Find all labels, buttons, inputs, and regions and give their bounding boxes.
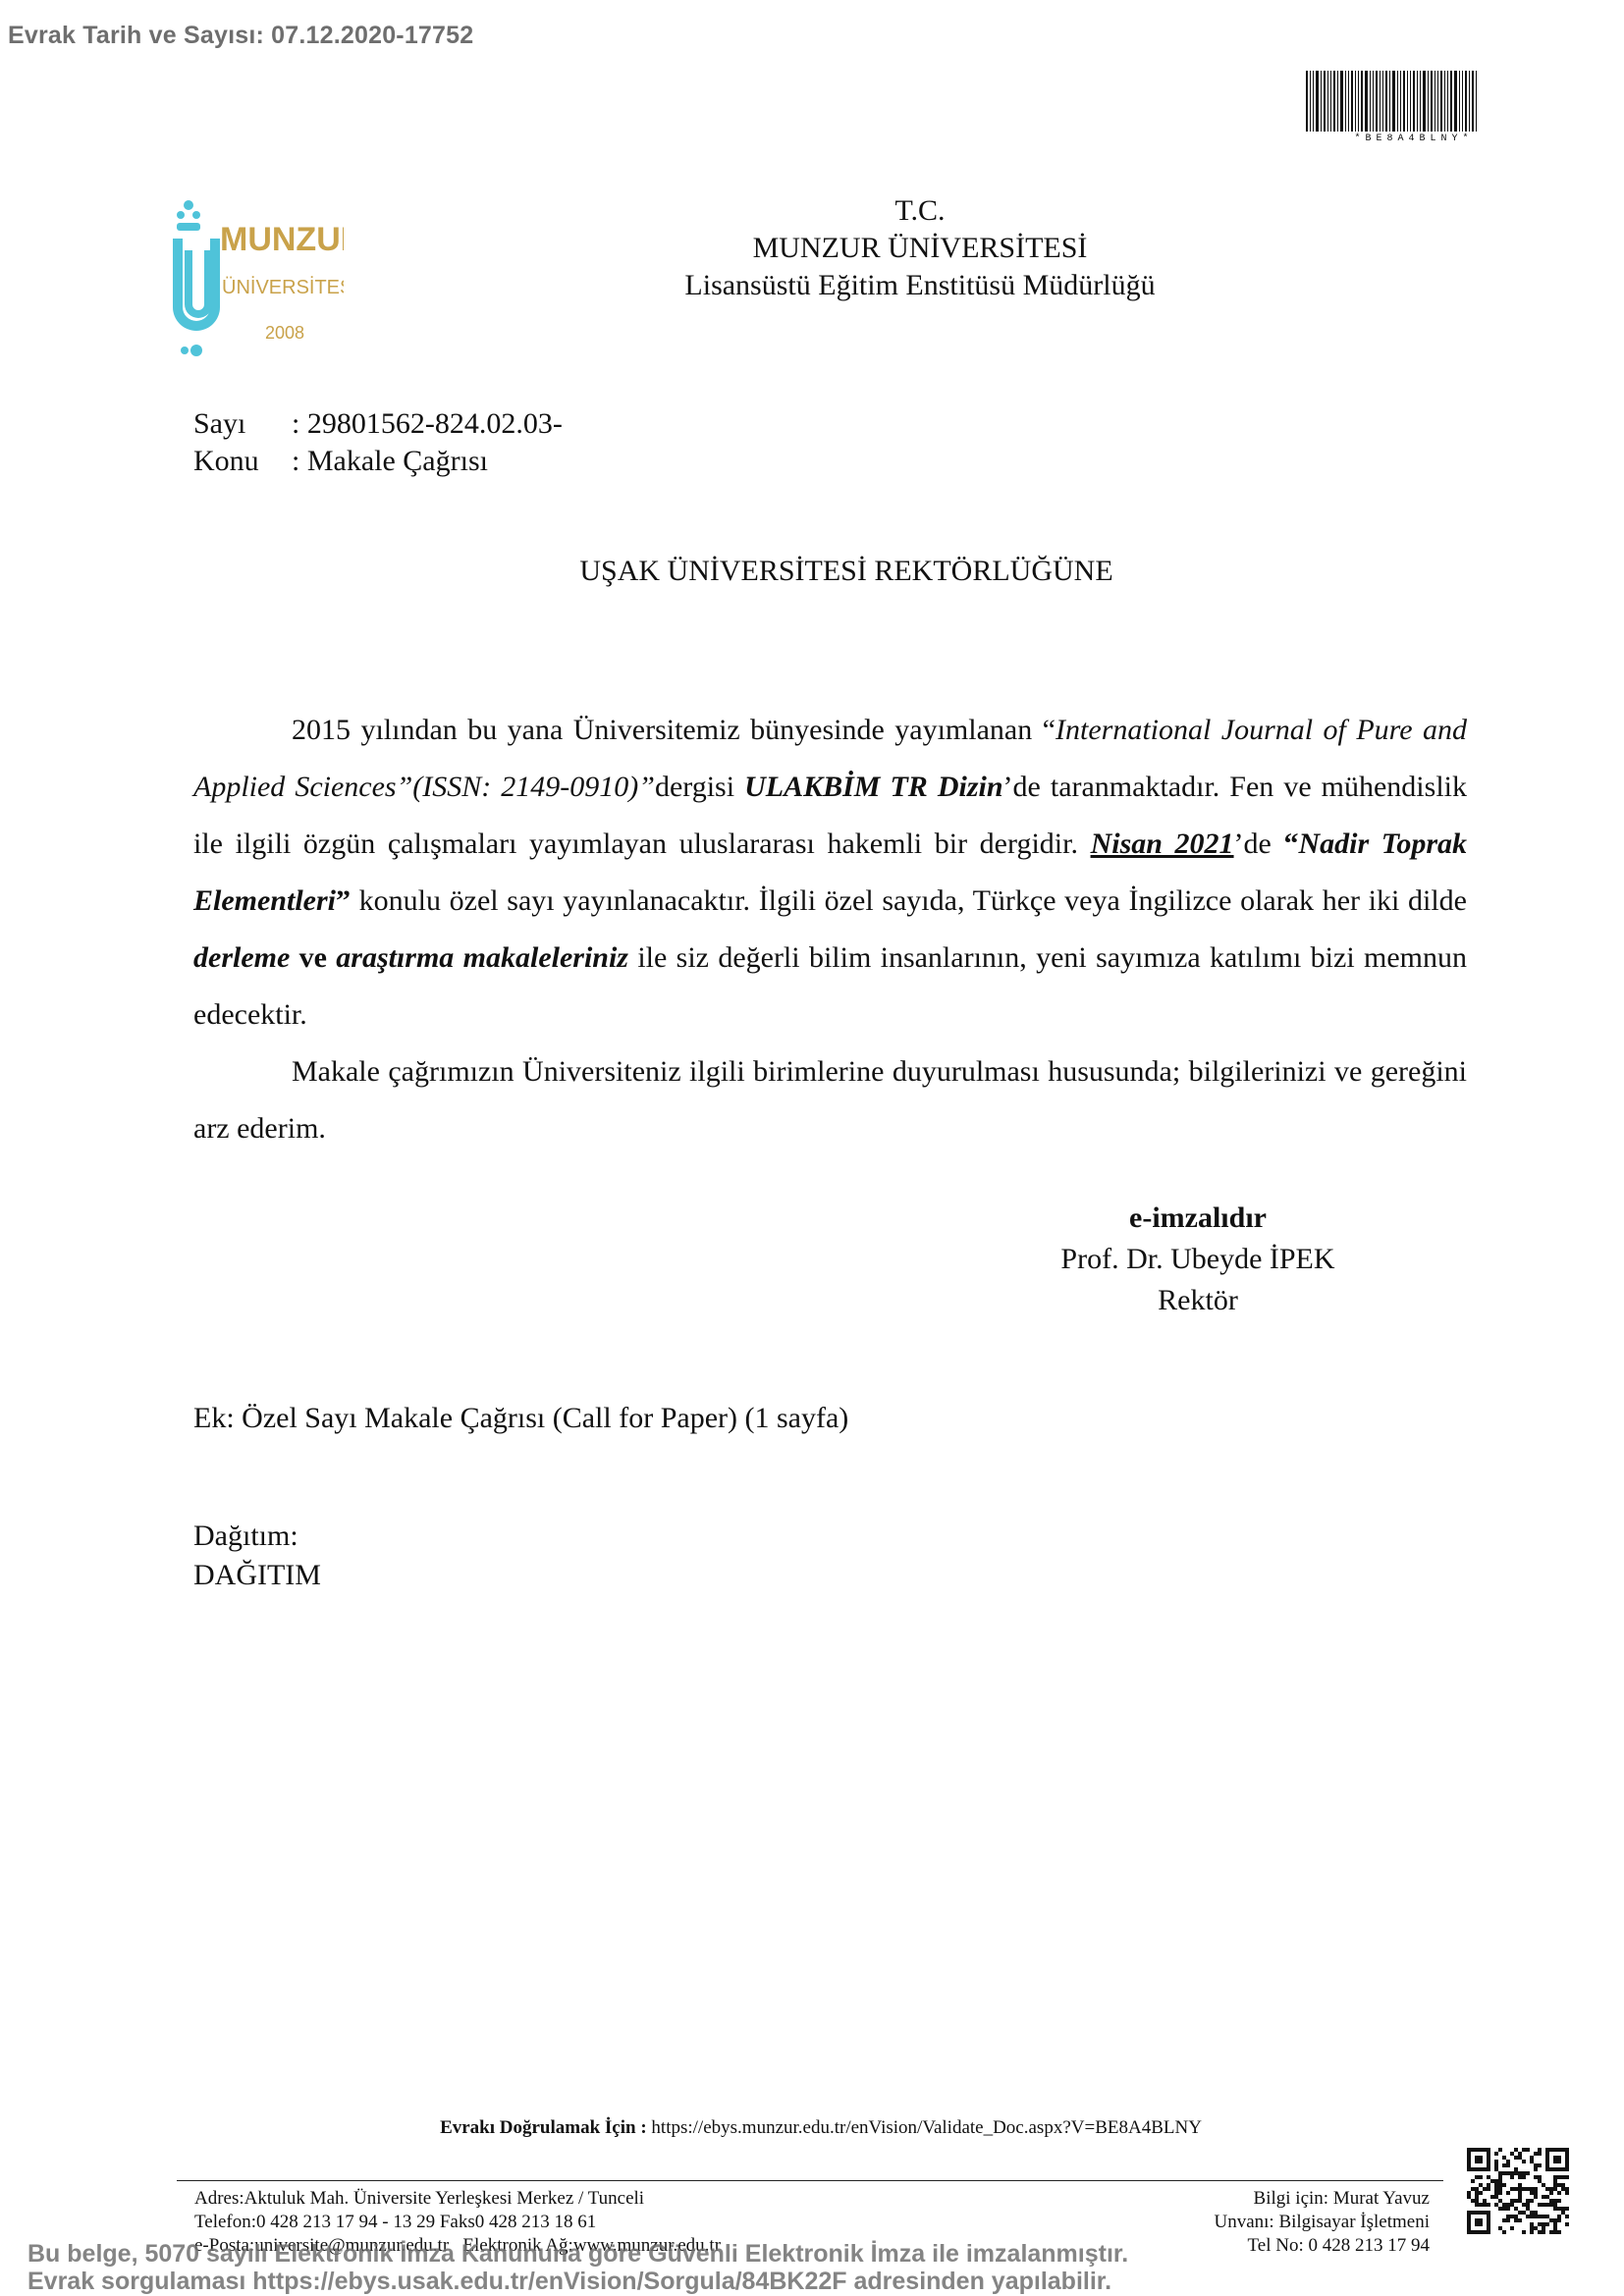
body-paragraph-1: 2015 yılından bu yana Üniversitemiz büny…: [193, 702, 1467, 1043]
attachment-note: Ek: Özel Sayı Makale Çağrısı (Call for P…: [193, 1402, 848, 1435]
header-tc: T.C.: [216, 192, 1624, 230]
distribution: Dağıtım: DAĞITIM: [193, 1517, 321, 1595]
verification-line: Evrakı Doğrulamak İçin : https://ebys.mu…: [0, 2117, 1624, 2139]
header-institute: Lisansüstü Eğitim Enstitüsü Müdürlüğü: [216, 267, 1624, 304]
stamp-line-2: Evrak sorgulaması https://ebys.usak.edu.…: [27, 2268, 1304, 2295]
signer-title: Rektör: [1041, 1280, 1355, 1321]
konu-label: Konu: [193, 443, 292, 480]
footer-divider: [177, 2180, 1443, 2181]
verify-label: Evrakı Doğrulamak İçin :: [440, 2117, 647, 2138]
addressee: UŞAK ÜNİVERSİTESİ REKTÖRLÜĞÜNE: [0, 555, 1624, 588]
barcode: *BE8A4BLNY*: [1306, 71, 1522, 144]
signer-name: Prof. Dr. Ubeyde İPEK: [1041, 1239, 1355, 1280]
stamp-line-1: Bu belge, 5070 sayılı Elektronik İmza Ka…: [27, 2240, 1304, 2268]
footer-phone: Telefon:0 428 213 17 94 - 13 29 Faks0 42…: [194, 2211, 721, 2234]
distribution-value: DAĞITIM: [193, 1556, 321, 1595]
letterhead: T.C. MUNZUR ÜNİVERSİTESİ Lisansüstü Eğit…: [0, 192, 1624, 304]
svg-text:2008: 2008: [265, 323, 304, 343]
distribution-label: Dağıtım:: [193, 1517, 321, 1556]
footer-info-role: Unvanı: Bilgisayar İşletmeni: [1129, 2211, 1430, 2234]
document-meta: Sayı: 29801562-824.02.03- Konu: Makale Ç…: [193, 405, 563, 480]
sayi-value: : 29801562-824.02.03-: [292, 405, 563, 443]
barcode-icon: [1306, 71, 1522, 132]
body-paragraph-2: Makale çağrımızın Üniversiteniz ilgili b…: [193, 1043, 1467, 1157]
footer-address: Adres:Aktuluk Mah. Üniversite Yerleşkesi…: [194, 2187, 721, 2211]
verify-url[interactable]: https://ebys.munzur.edu.tr/enVision/Vali…: [651, 2117, 1202, 2138]
barcode-text: *BE8A4BLNY*: [1306, 133, 1522, 144]
header-university: MUNZUR ÜNİVERSİTESİ: [216, 230, 1624, 267]
e-signature-footer-stamp: Bu belge, 5070 sayılı Elektronik İmza Ka…: [0, 2240, 1304, 2295]
sayi-label: Sayı: [193, 405, 292, 443]
konu-value: : Makale Çağrısı: [292, 443, 488, 480]
qr-code-icon: [1467, 2147, 1569, 2235]
e-signature-status: e-imzalıdır: [1041, 1198, 1355, 1239]
signature-block: e-imzalıdır Prof. Dr. Ubeyde İPEK Rektör: [1041, 1198, 1355, 1321]
letter-body: 2015 yılından bu yana Üniversitemiz büny…: [193, 702, 1467, 1157]
document-date-number-stamp: Evrak Tarih ve Sayısı: 07.12.2020-17752: [8, 22, 473, 50]
footer-info-contact: Bilgi için: Murat Yavuz: [1129, 2187, 1430, 2211]
